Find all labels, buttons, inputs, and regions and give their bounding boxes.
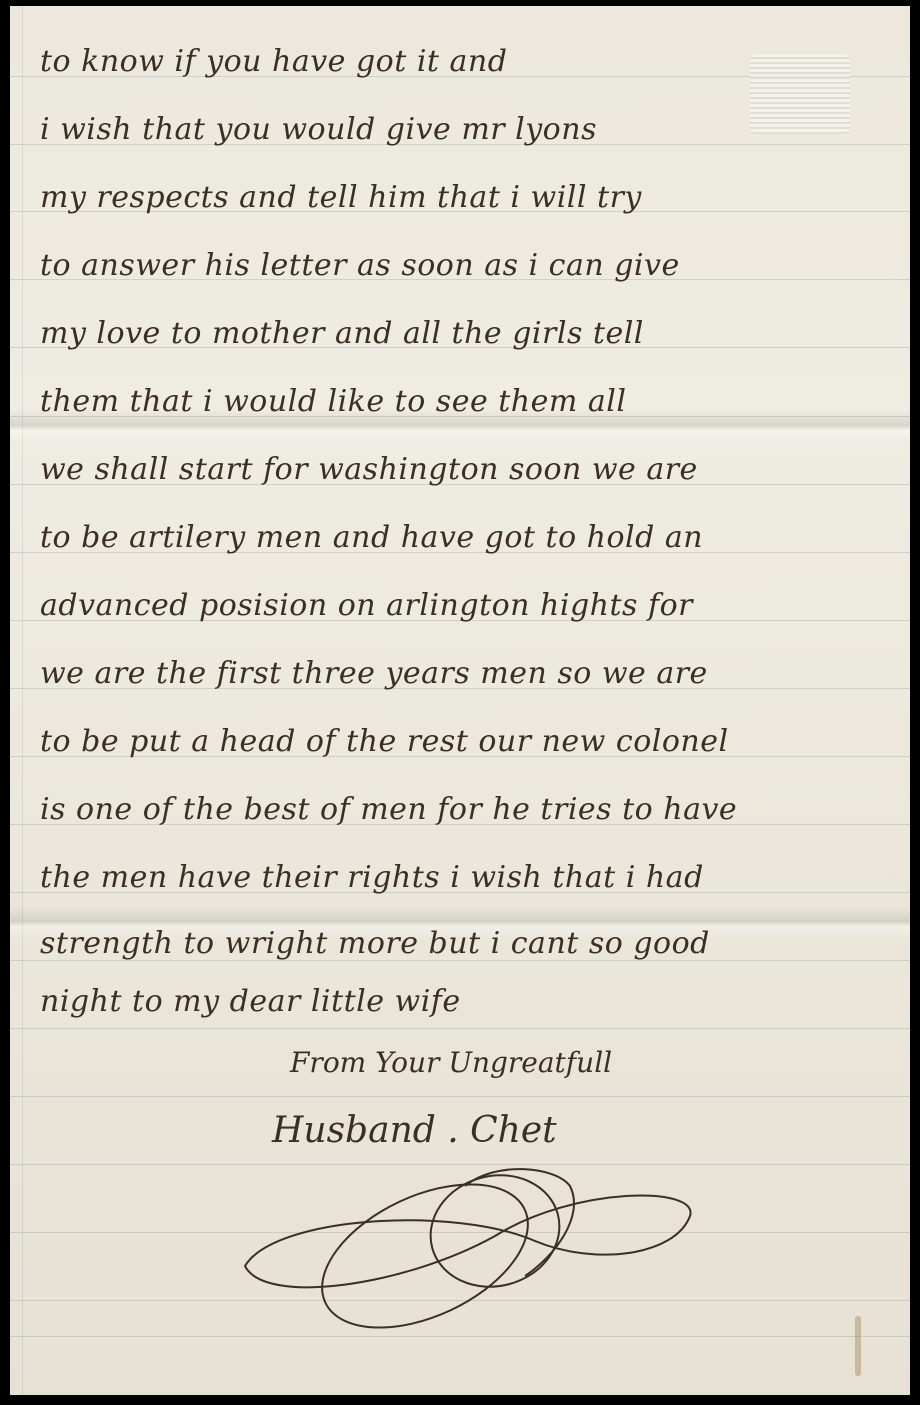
letter-page: to know if you have got it and i wish th… [10, 6, 910, 1395]
letter-line-3: my respects and tell him that i will try [40, 180, 642, 215]
letter-line-15: night to my dear little wife [40, 984, 461, 1019]
ruled-line [10, 1096, 910, 1097]
embossed-stamp [750, 54, 850, 134]
letter-line-2: i wish that you would give mr lyons [40, 112, 597, 147]
letter-line-12: is one of the best of men for he tries t… [40, 792, 737, 827]
letter-line-11: to be put a head of the rest our new col… [40, 724, 729, 759]
signature: Husband . Chet [272, 1110, 557, 1151]
closing-line: From Your Ungreatfull [290, 1046, 612, 1079]
letter-line-1: to know if you have got it and [40, 44, 507, 79]
ruled-line [10, 1028, 910, 1029]
letter-line-10: we are the first three years men so we a… [40, 656, 708, 691]
letter-line-5: my love to mother and all the girls tell [40, 316, 644, 351]
signature-flourish-icon [235, 1146, 715, 1346]
letter-line-8: to be artilery men and have got to hold … [40, 520, 703, 555]
margin-line [22, 6, 23, 1395]
letter-line-13: the men have their rights i wish that i … [40, 860, 704, 895]
letter-line-4: to answer his letter as soon as i can gi… [40, 248, 680, 283]
letter-line-14: strength to wright more but i cant so go… [40, 926, 710, 961]
letter-line-9: advanced posision on arlington hights fo… [40, 588, 693, 623]
paper-stain [855, 1316, 861, 1376]
letter-line-6: them that i would like to see them all [40, 384, 626, 419]
letter-line-7: we shall start for washington soon we ar… [40, 452, 698, 487]
